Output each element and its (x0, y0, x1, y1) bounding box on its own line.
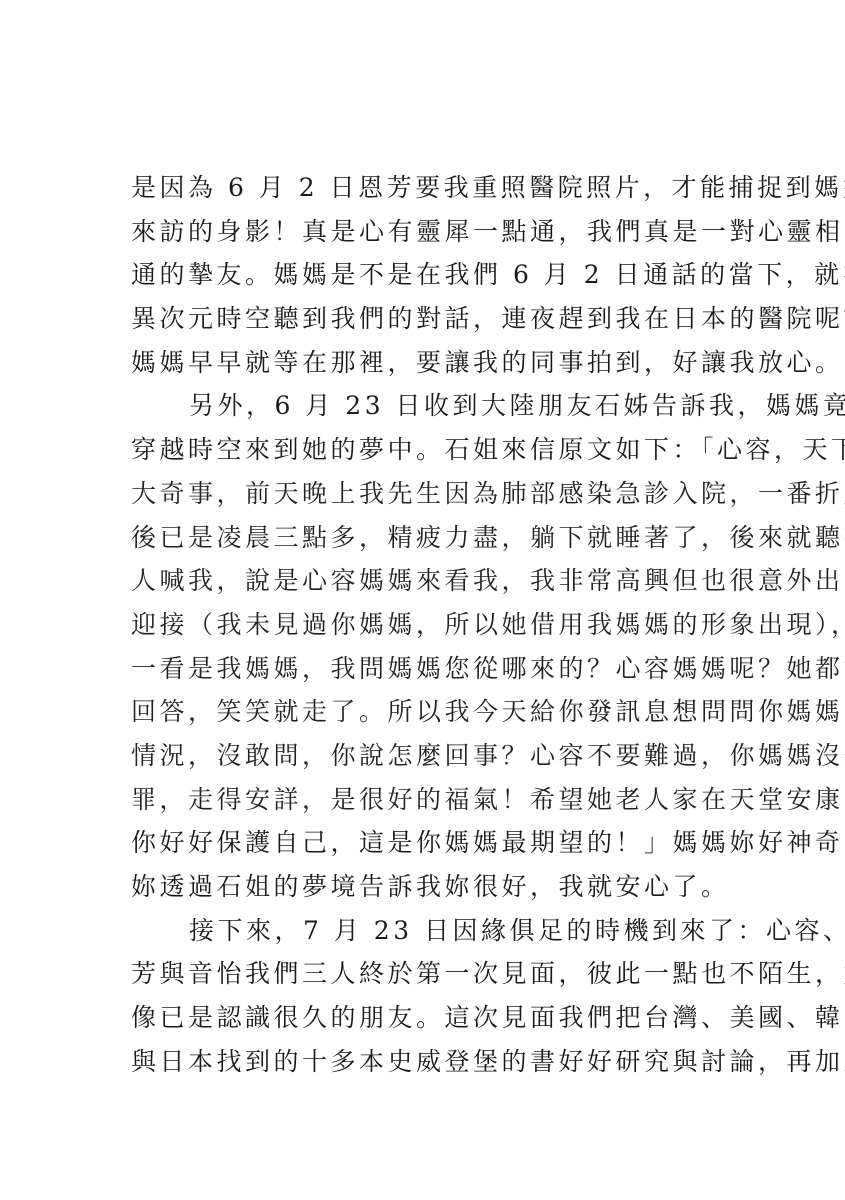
text-line: 與日本找到的十多本史威登堡的書好好研究與討論，再加上 (131, 1040, 715, 1084)
quote-line: 回答，笑笑就走了。所以我今天給你發訊息想問問你媽媽的 (131, 690, 715, 734)
text-line: 媽媽早早就等在那裡，要讓我的同事拍到，好讓我放心。 (131, 341, 715, 385)
text-line: 異次元時空聽到我們的對話，連夜趕到我在日本的醫院呢？ (131, 297, 715, 341)
document-page: 是因為 6 月 2 日恩芳要我重照醫院照片，才能捕捉到媽媽 來訪的身影！真是心有… (131, 166, 715, 1083)
paragraph-3: 接下來，7 月 23 日因緣俱足的時機到來了：心容、恩 芳與音怡我們三人終於第一… (131, 909, 715, 1084)
text-line: 像已是認識很久的朋友。這次見面我們把台灣、美國、韓國 (131, 996, 715, 1040)
paragraph-2: 另外，6 月 23 日收到大陸朋友石姊告訴我，媽媽竟然 穿越時空來到她的夢中。石… (131, 384, 715, 908)
text-line: 是因為 6 月 2 日恩芳要我重照醫院照片，才能捕捉到媽媽 (131, 166, 715, 210)
text-line: 穿越時空來到她的夢中。石姐來信原文如下：「心容，天下 (131, 428, 715, 472)
quote-line: 一看是我媽媽，我問媽媽您從哪來的？心容媽媽呢？她都沒 (131, 647, 715, 691)
quote-line: 人喊我，說是心容媽媽來看我，我非常高興但也很意外出門 (131, 559, 715, 603)
quote-line: 罪，走得安詳，是很好的福氣！希望她老人家在天堂安康！ (131, 778, 715, 822)
quote-line: 迎接（我未見過你媽媽，所以她借用我媽媽的形象出現）， (131, 603, 715, 647)
quote-line: 大奇事，前天晚上我先生因為肺部感染急診入院，一番折騰 (131, 472, 715, 516)
quote-line: 後已是凌晨三點多，精疲力盡，躺下就睡著了，後來就聽有 (131, 516, 715, 560)
text-line: 來訪的身影！真是心有靈犀一點通，我們真是一對心靈相 (131, 210, 715, 254)
text-line: 你好好保護自己，這是你媽媽最期望的！」媽媽妳好神奇， (131, 821, 715, 865)
text-line: 通的摯友。媽媽是不是在我們 6 月 2 日通話的當下，就在 (131, 253, 715, 297)
quote-line: 情況，沒敢問，你說怎麼回事？心容不要難過，你媽媽沒受 (131, 734, 715, 778)
text-line: 接下來，7 月 23 日因緣俱足的時機到來了：心容、恩 (131, 909, 715, 953)
text-line: 另外，6 月 23 日收到大陸朋友石姊告訴我，媽媽竟然 (131, 384, 715, 428)
text-line: 妳透過石姐的夢境告訴我妳很好，我就安心了。 (131, 865, 715, 909)
text-line: 芳與音怡我們三人終於第一次見面，彼此一點也不陌生，好 (131, 952, 715, 996)
paragraph-1: 是因為 6 月 2 日恩芳要我重照醫院照片，才能捕捉到媽媽 來訪的身影！真是心有… (131, 166, 715, 384)
